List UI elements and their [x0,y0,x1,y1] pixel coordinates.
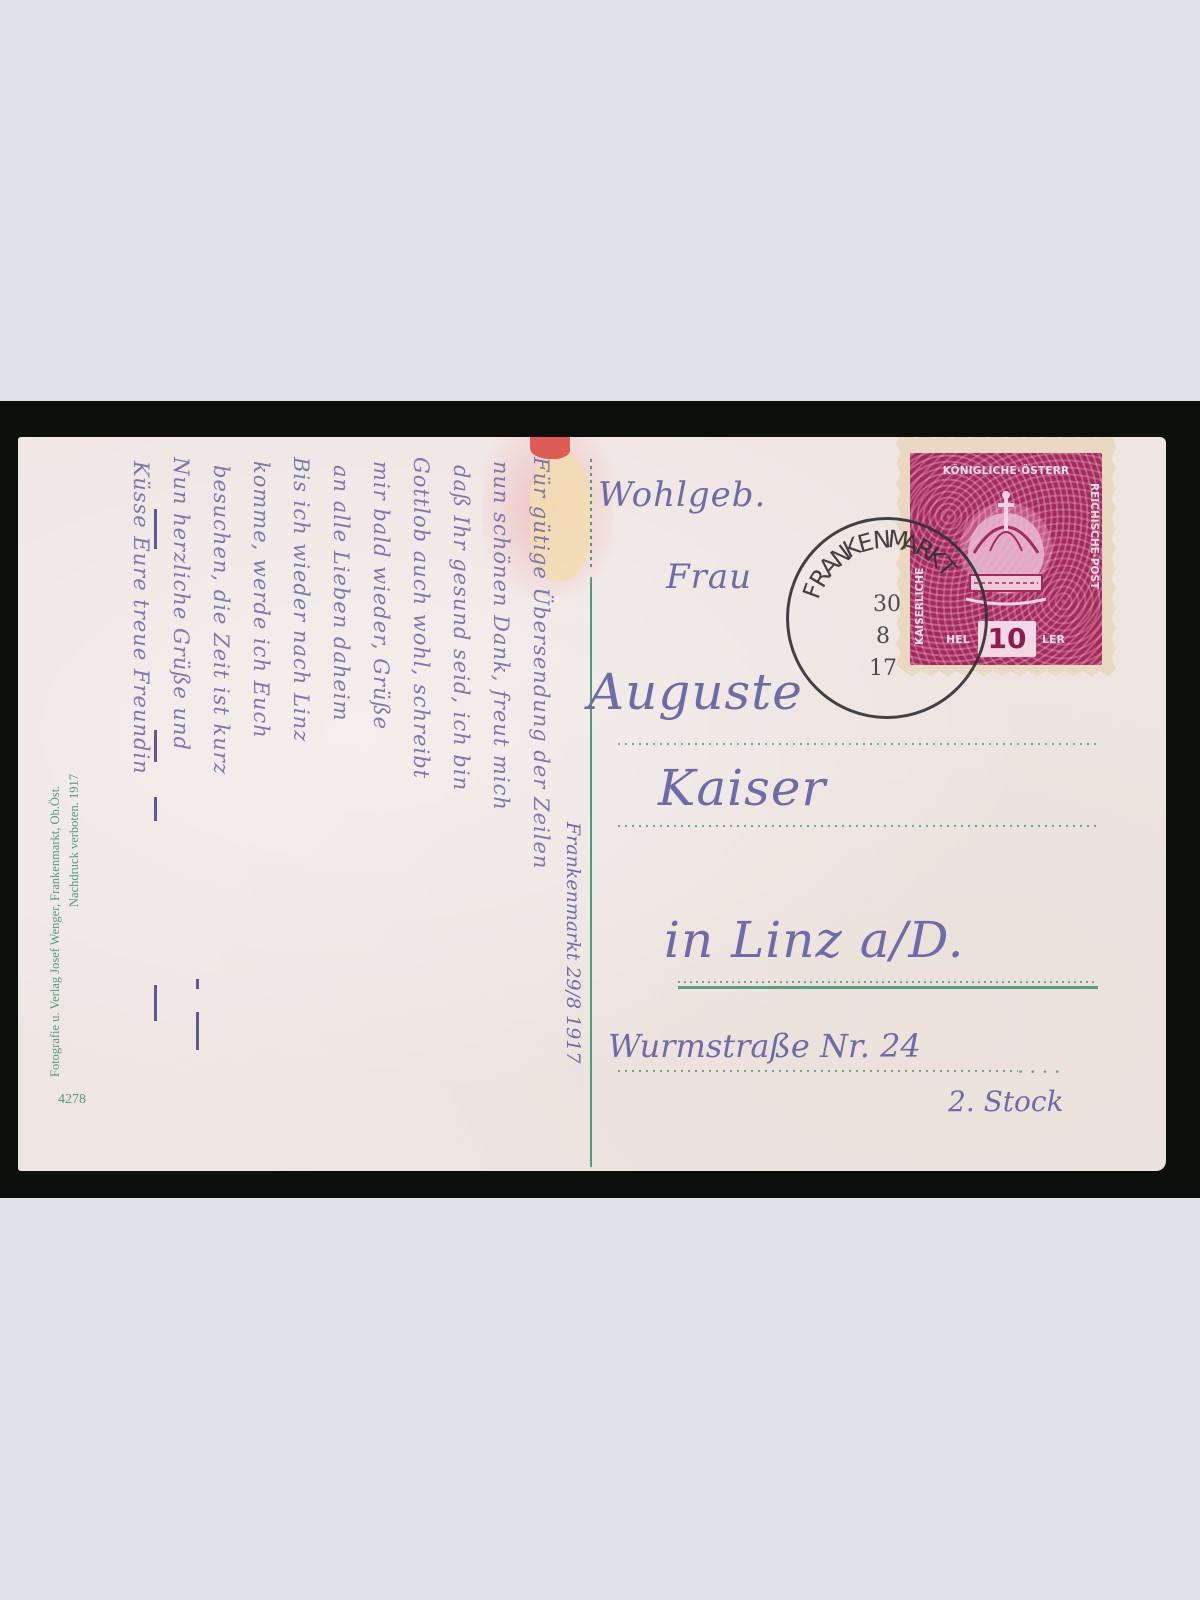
address-line-4 [618,1070,1018,1072]
card-number: 4278 [58,1092,86,1108]
address-line-2 [618,825,1098,827]
address-city: in Linz a/D. [664,911,965,969]
message-line: Küsse Eure treue Freundin [129,461,153,775]
dash-mark [154,509,157,549]
message-line: Gottlob auch wohl, schreibt [409,457,433,779]
imprint-line-1: Fotografie u. Verlag Josef Wenger, Frank… [46,774,65,1077]
message-line: Für gütige Übersendung der Zeilen [529,457,553,869]
imprint-line-2: Nachdruck verboten. 1917 [65,774,84,1077]
printed-small-text: • • • • [1018,1068,1062,1078]
message-line: daß Ihr gesund seid, ich bin [449,465,473,791]
stamp-top-text: KÖNIGLICHE·ÖSTERR [924,465,1088,477]
postmark-cancel: FRANKENMARKT 30 8 17 [786,517,988,719]
red-stain [530,437,570,459]
stamp-right-text: REICHISCHE·POST [1088,483,1100,589]
address-street: Wurmstraße Nr. 24 [608,1027,921,1065]
message-line: besuchen, die Zeit ist kurz [209,465,233,775]
dash-mark [154,985,157,1021]
stamp-unit-right: LER [1042,633,1065,646]
publisher-imprint: Fotografie u. Verlag Josef Wenger, Frank… [46,774,84,1077]
dash-mark [196,1012,199,1050]
message-line: nun schönen Dank, freut mich [489,461,513,811]
address-line-1 [618,743,1098,745]
message-line: Bis ich wieder nach Linz [289,457,313,742]
address-floor: 2. Stock [948,1085,1064,1118]
address-title: Frau [666,557,752,597]
message-line: mir bald wieder, Grüße [369,461,393,730]
dash-mark [154,797,157,821]
divider-dotted [590,459,592,569]
dash-mark [154,730,157,762]
message-date: Frankenmarkt 29/8 1917 [562,822,584,1064]
postmark-day: 30 [857,592,917,617]
message-line: Nun herzliche Grüße und [169,457,193,751]
address-salutation: Wohlgeb. [598,475,766,515]
postcard-back: Fotografie u. Verlag Josef Wenger, Frank… [18,437,1166,1171]
dash-mark [196,979,199,989]
postmark-month: 8 [853,624,913,649]
message-line: komme, werde ich Euch [249,461,273,739]
message-line: an alle Lieben daheim [329,465,353,721]
address-last-name: Kaiser [658,759,826,817]
address-line-3 [678,986,1098,989]
postmark-year: 17 [853,656,913,681]
address-first-name: Auguste [588,663,803,721]
